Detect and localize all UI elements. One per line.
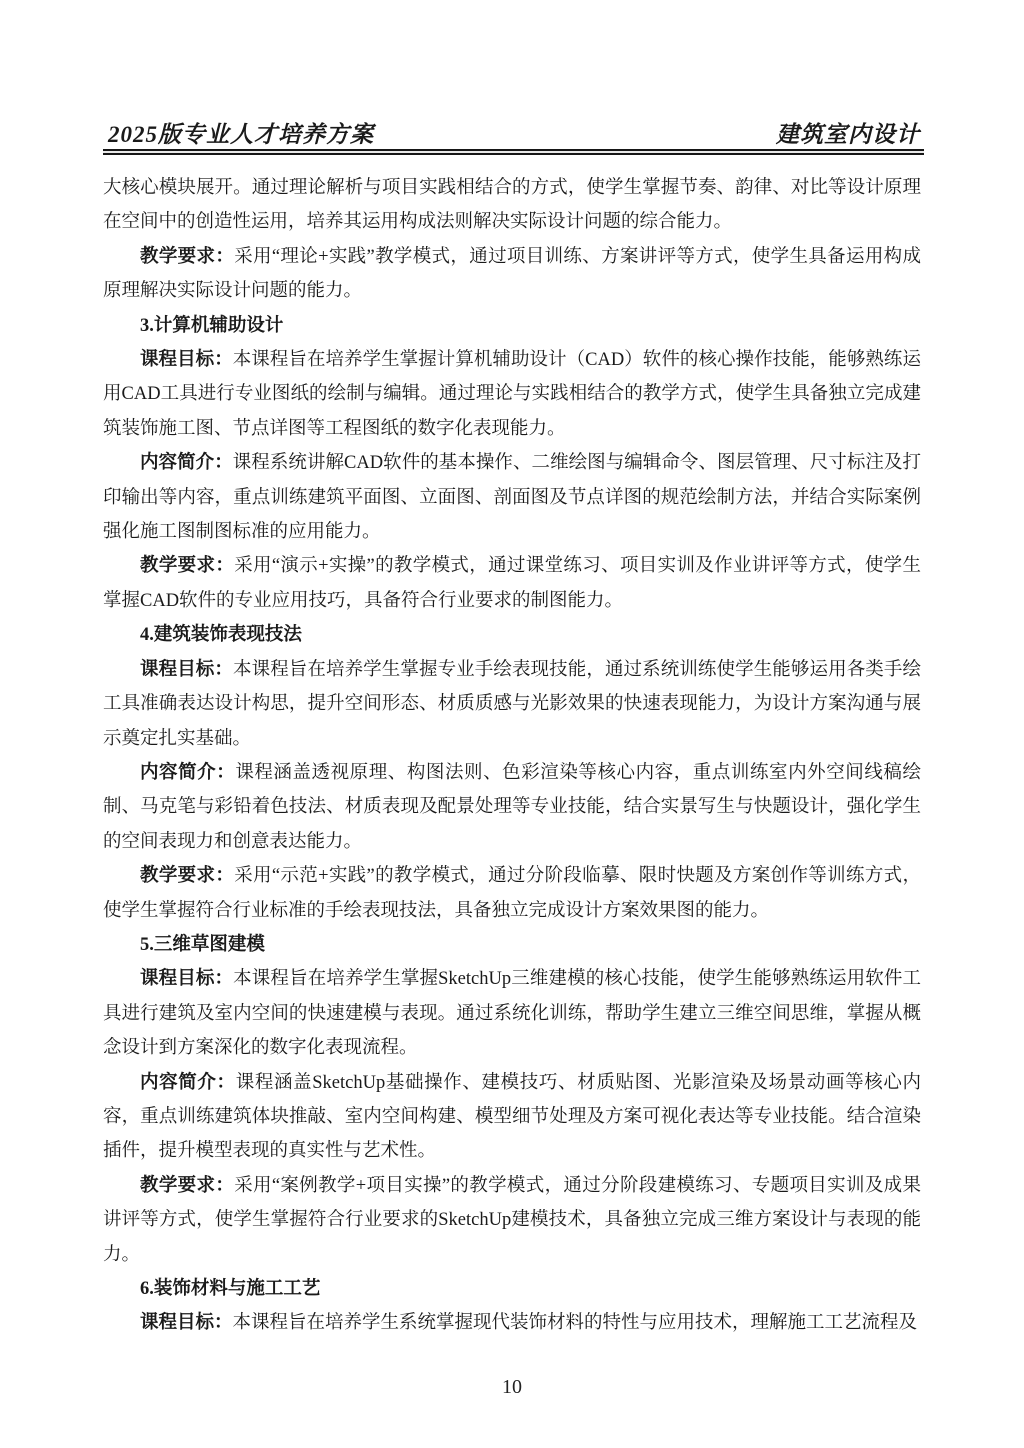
paragraph-lead-label: 内容简介：: [140, 453, 233, 473]
body-paragraph: 课程目标：本课程旨在培养学生掌握计算机辅助设计（CAD）软件的核心操作技能，能够…: [103, 343, 921, 446]
paragraph-lead-label: 教学要求：: [140, 866, 234, 886]
document-page: 2025版专业人才培养方案 建筑室内设计 大核心模块展开。通过理论解析与项目实践…: [0, 0, 1024, 1448]
page-footer: 10: [0, 1376, 1024, 1399]
paragraph-lead-label: 课程目标：: [140, 1313, 233, 1333]
paragraph-lead-label: 教学要求：: [140, 556, 234, 576]
header-divider-double-rule: [103, 149, 924, 155]
paragraph-lead-label: 教学要求：: [140, 1176, 234, 1196]
body-paragraph: 课程目标：本课程旨在培养学生掌握SketchUp三维建模的核心技能，使学生能够熟…: [103, 962, 921, 1065]
paragraph-lead-label: 教学要求：: [140, 247, 234, 267]
body-paragraph: 大核心模块展开。通过理论解析与项目实践相结合的方式，使学生掌握节奏、韵律、对比等…: [103, 171, 921, 240]
body-paragraph: 教学要求：采用“示范+实践”的教学模式，通过分阶段临摹、限时快题及方案创作等训练…: [103, 859, 921, 928]
document-body: 大核心模块展开。通过理论解析与项目实践相结合的方式，使学生掌握节奏、韵律、对比等…: [103, 171, 921, 1341]
body-paragraph: 内容简介：课程涵盖SketchUp基础操作、建模技巧、材质贴图、光影渲染及场景动…: [103, 1066, 921, 1169]
section-heading-text: 6.装饰材料与施工工艺: [140, 1279, 320, 1299]
body-paragraph: 教学要求：采用“案例教学+项目实操”的教学模式，通过分阶段建模练习、专题项目实训…: [103, 1169, 921, 1272]
body-paragraph: 内容简介：课程涵盖透视原理、构图法则、色彩渲染等核心内容，重点训练室内外空间线稿…: [103, 756, 921, 859]
paragraph-lead-label: 内容简介：: [140, 1073, 236, 1093]
body-paragraph: 教学要求：采用“理论+实践”教学模式，通过项目训练、方案讲评等方式，使学生具备运…: [103, 240, 921, 309]
paragraph-text: 大核心模块展开。通过理论解析与项目实践相结合的方式，使学生掌握节奏、韵律、对比等…: [103, 178, 921, 232]
page-number: 10: [502, 1376, 522, 1398]
paragraph-text: 本课程旨在培养学生系统掌握现代装饰材料的特性与应用技术，理解施工工艺流程及: [233, 1313, 918, 1333]
section-heading-text: 3.计算机辅助设计: [140, 316, 283, 336]
body-paragraph: 课程目标：本课程旨在培养学生系统掌握现代装饰材料的特性与应用技术，理解施工工艺流…: [103, 1306, 921, 1340]
section-heading: 3.计算机辅助设计: [103, 309, 921, 343]
header-left-title: 2025版专业人才培养方案: [108, 116, 374, 149]
paragraph-lead-label: 课程目标：: [140, 969, 233, 989]
paragraph-lead-label: 课程目标：: [140, 660, 233, 680]
section-heading: 5.三维草图建模: [103, 928, 921, 962]
paragraph-lead-label: 内容简介：: [140, 763, 235, 783]
section-heading: 4.建筑装饰表现技法: [103, 618, 921, 652]
section-heading-text: 5.三维草图建模: [140, 935, 265, 955]
section-heading-text: 4.建筑装饰表现技法: [140, 625, 302, 645]
body-paragraph: 教学要求：采用“演示+实操”的教学模式，通过课堂练习、项目实训及作业讲评等方式，…: [103, 549, 921, 618]
page-header: 2025版专业人才培养方案 建筑室内设计: [108, 116, 920, 149]
body-paragraph: 课程目标：本课程旨在培养学生掌握专业手绘表现技能，通过系统训练使学生能够运用各类…: [103, 653, 921, 756]
header-right-title: 建筑室内设计: [776, 116, 920, 149]
body-paragraph: 内容简介：课程系统讲解CAD软件的基本操作、二维绘图与编辑命令、图层管理、尺寸标…: [103, 446, 921, 549]
paragraph-lead-label: 课程目标：: [140, 350, 233, 370]
section-heading: 6.装饰材料与施工工艺: [103, 1272, 921, 1306]
